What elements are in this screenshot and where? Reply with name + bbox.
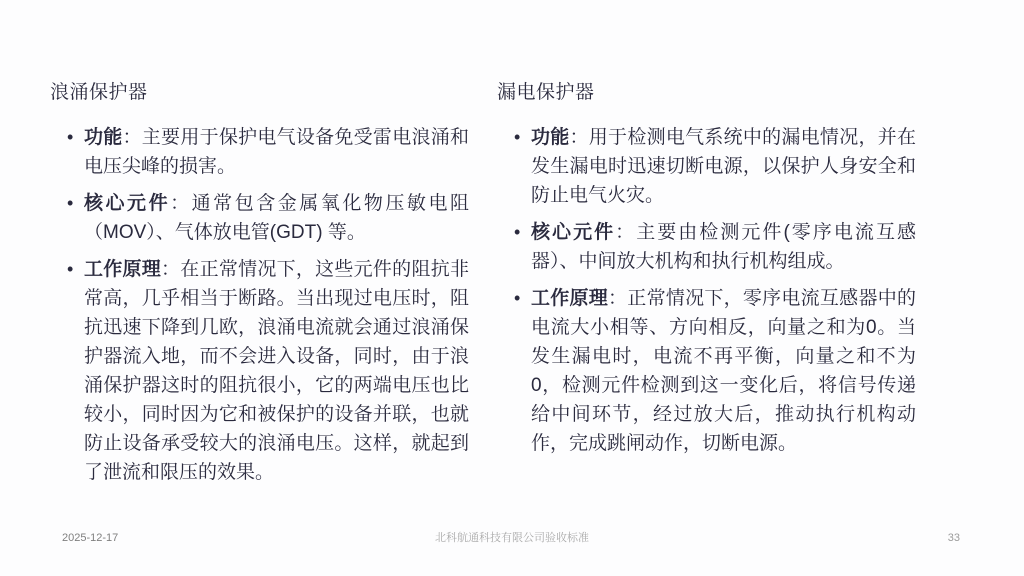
bullet-dot-icon: • bbox=[67, 123, 73, 152]
slide-footer: 2025-12-17 北科航通科技有限公司验收标准 33 bbox=[0, 530, 1024, 550]
bullet-label: 工作原理 bbox=[531, 288, 608, 309]
bullet-dot-icon: • bbox=[67, 255, 73, 284]
bullet-item: •核心元件：主要由检测元件(零序电流互感器）、中间放大机构和执行机构组成。 bbox=[497, 218, 916, 276]
bullet-list: •功能：用于检测电气系统中的漏电情况，并在发生漏电时迅速切断电源，以保护人身安全… bbox=[497, 123, 916, 458]
bullet-label: 核心元件 bbox=[531, 222, 615, 243]
bullet-item: •核心元件：通常包含金属氧化物压敏电阻（MOV）、气体放电管(GDT) 等。 bbox=[50, 189, 469, 247]
footer-company-title: 北科航通科技有限公司验收标准 bbox=[0, 530, 1024, 546]
bullet-text: ：主要用于保护电气设备免受雷电浪涌和电压尖峰的损害。 bbox=[84, 127, 469, 177]
bullet-dot-icon: • bbox=[67, 189, 73, 218]
bullet-item: •工作原理：在正常情况下，这些元件的阻抗非常高，几乎相当于断路。当出现过电压时，… bbox=[50, 255, 469, 487]
slide: 浪涌保护器 •功能：主要用于保护电气设备免受雷电浪涌和电压尖峰的损害。 •核心元… bbox=[0, 0, 1024, 576]
bullet-label: 功能 bbox=[531, 127, 570, 148]
footer-page-number: 33 bbox=[948, 530, 960, 546]
column-leakage-protector: 漏电保护器 •功能：用于检测电气系统中的漏电情况，并在发生漏电时迅速切断电源，以… bbox=[497, 80, 916, 495]
bullet-text: ：在正常情况下，这些元件的阻抗非常高，几乎相当于断路。当出现过电压时，阻抗迅速下… bbox=[84, 259, 469, 483]
bullet-dot-icon: • bbox=[514, 123, 520, 152]
bullet-item: •功能：用于检测电气系统中的漏电情况，并在发生漏电时迅速切断电源，以保护人身安全… bbox=[497, 123, 916, 210]
column-heading: 浪涌保护器 bbox=[50, 80, 469, 106]
bullet-label: 功能 bbox=[84, 127, 123, 148]
column-heading: 漏电保护器 bbox=[497, 80, 916, 106]
bullet-text: ：用于检测电气系统中的漏电情况，并在发生漏电时迅速切断电源，以保护人身安全和防止… bbox=[531, 127, 916, 206]
bullet-list: •功能：主要用于保护电气设备免受雷电浪涌和电压尖峰的损害。 •核心元件：通常包含… bbox=[50, 123, 469, 487]
bullet-label: 核心元件 bbox=[84, 193, 170, 214]
bullet-text: ：正常情况下，零序电流互感器中的电流大小相等、方向相反，向量之和为0。当发生漏电… bbox=[531, 288, 916, 454]
content-columns: 浪涌保护器 •功能：主要用于保护电气设备免受雷电浪涌和电压尖峰的损害。 •核心元… bbox=[50, 80, 916, 495]
bullet-dot-icon: • bbox=[514, 284, 520, 313]
bullet-dot-icon: • bbox=[514, 218, 520, 247]
bullet-item: •功能：主要用于保护电气设备免受雷电浪涌和电压尖峰的损害。 bbox=[50, 123, 469, 181]
bullet-item: •工作原理：正常情况下，零序电流互感器中的电流大小相等、方向相反，向量之和为0。… bbox=[497, 284, 916, 458]
column-surge-protector: 浪涌保护器 •功能：主要用于保护电气设备免受雷电浪涌和电压尖峰的损害。 •核心元… bbox=[50, 80, 469, 495]
bullet-label: 工作原理 bbox=[84, 259, 161, 280]
